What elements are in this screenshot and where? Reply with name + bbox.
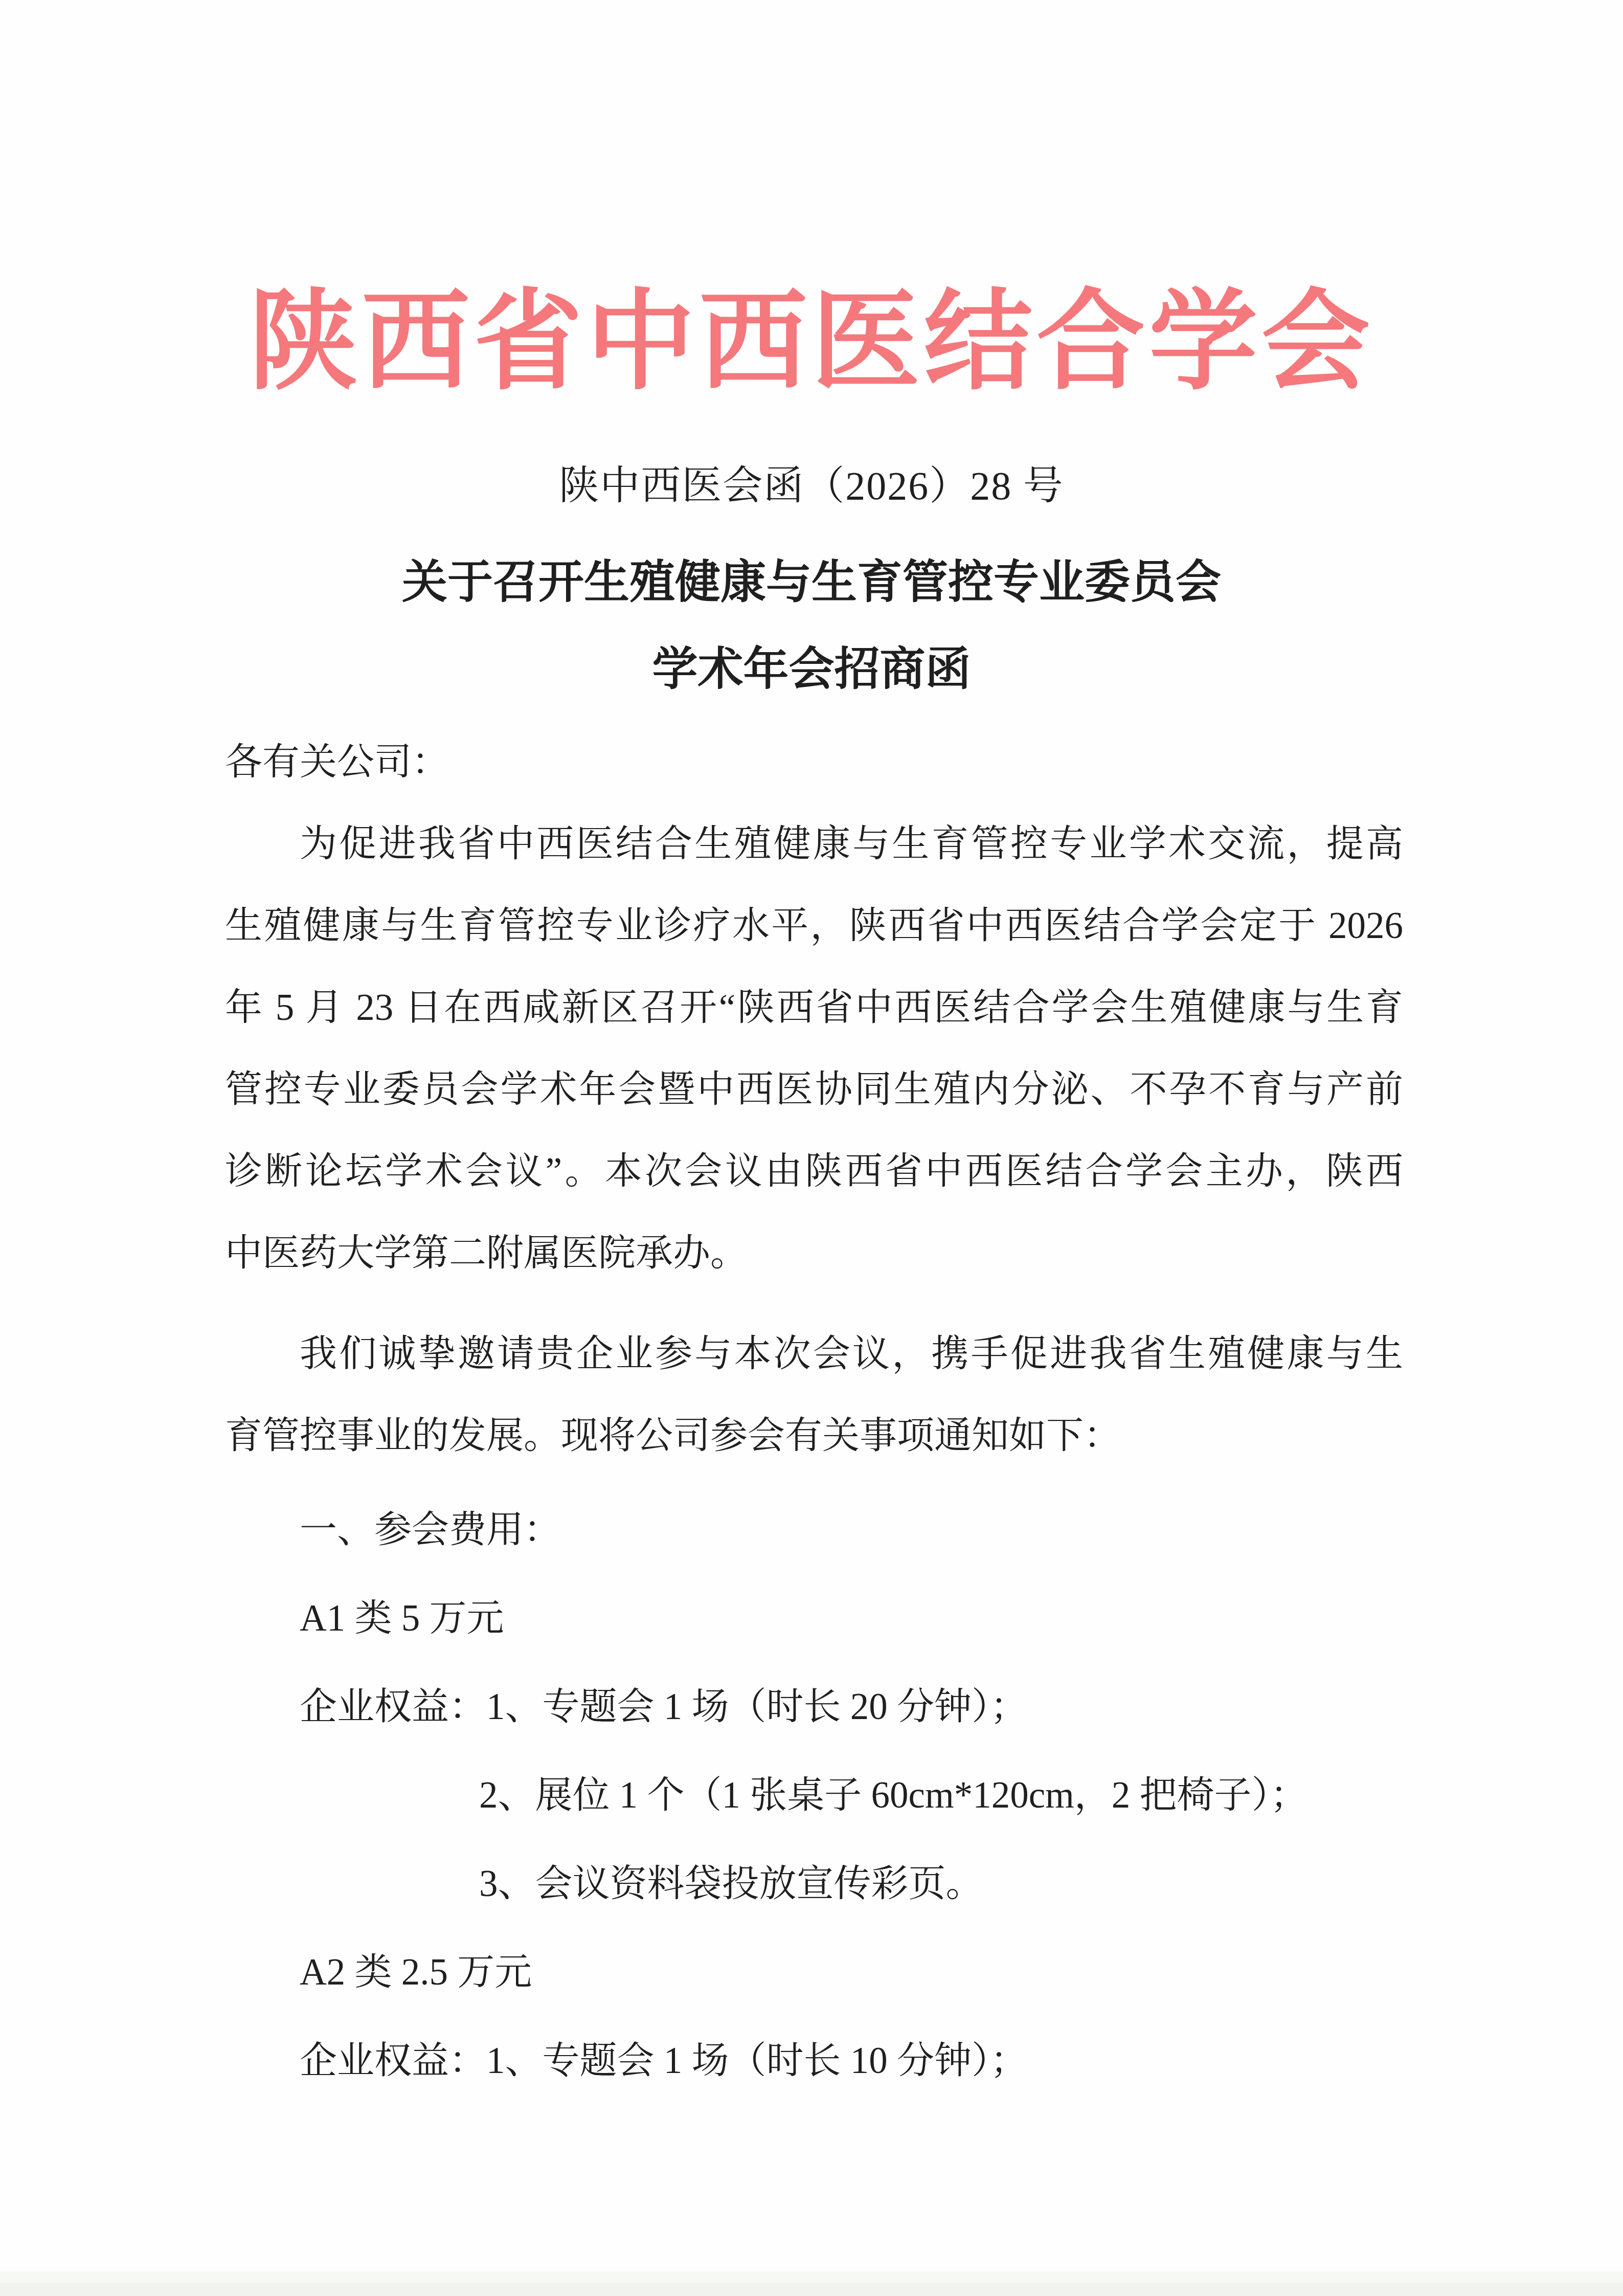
tier-a2-label: A2 类 2.5 万元 <box>225 1928 1403 2016</box>
paragraph1-line: 生殖健康与生育管控专业诊疗水平，陕西省中西医结合学会定于 2026 <box>225 885 1403 967</box>
salutation: 各有关公司： <box>225 721 1403 803</box>
doc-number: 陕中西医会函（2026）28 号 <box>0 458 1623 514</box>
scan-edge-shadow-light <box>0 2271 1623 2283</box>
doc-title-line-2: 学术年会招商函 <box>0 638 1623 701</box>
scanned-letter-page: 陕西省中西医结合学会 陕中西医会函（2026）28 号 关于召开生殖健康与生育管… <box>0 0 1623 2296</box>
tier-a1-benefit-2: 2、展位 1 个（1 张桌子 60cm*120cm，2 把椅子）； <box>225 1751 1403 1839</box>
paragraph2-line: 育管控事业的发展。现将公司参会有关事项通知如下： <box>225 1395 1403 1477</box>
fees-section: 一、参会费用： A1 类 5 万元 企业权益：1、专题会 1 场（时长 20 分… <box>225 1485 1403 2105</box>
tier-a1-benefit-3: 3、会议资料袋投放宣传彩页。 <box>225 1839 1403 1928</box>
paragraph1-line: 管控专业委员会学术年会暨中西医协同生殖内分泌、不孕不育与产前 <box>225 1049 1403 1130</box>
letter-body: 各有关公司： 为促进我省中西医结合生殖健康与生育管控专业学术交流，提高 生殖健康… <box>225 721 1403 2105</box>
org-title: 陕西省中西医结合学会 <box>0 288 1623 397</box>
tier-a1-benefit-1: 企业权益：1、专题会 1 场（时长 20 分钟）； <box>225 1662 1403 1751</box>
paragraph2-line: 我们诚挚邀请贵企业参与本次会议，携手促进我省生殖健康与生 <box>225 1313 1403 1395</box>
scan-edge-shadow <box>0 2283 1623 2296</box>
paragraph1-line: 诊断论坛学术会议”。本次会议由陕西省中西医结合学会主办，陕西 <box>225 1130 1403 1212</box>
paragraph1-line: 为促进我省中西医结合生殖健康与生育管控专业学术交流，提高 <box>225 803 1403 885</box>
tier-a2-benefit-1: 企业权益：1、专题会 1 场（时长 10 分钟）； <box>225 2016 1403 2105</box>
doc-title-line-1: 关于召开生殖健康与生育管控专业委员会 <box>0 551 1623 614</box>
fees-heading: 一、参会费用： <box>225 1485 1403 1574</box>
paragraph1-line: 中医药大学第二附属医院承办。 <box>225 1212 1403 1294</box>
paragraph1-line: 年 5 月 23 日在西咸新区召开“陕西省中西医结合学会生殖健康与生育 <box>225 967 1403 1049</box>
doc-title: 关于召开生殖健康与生育管控专业委员会 学术年会招商函 <box>0 551 1623 701</box>
tier-a1-label: A1 类 5 万元 <box>225 1574 1403 1662</box>
